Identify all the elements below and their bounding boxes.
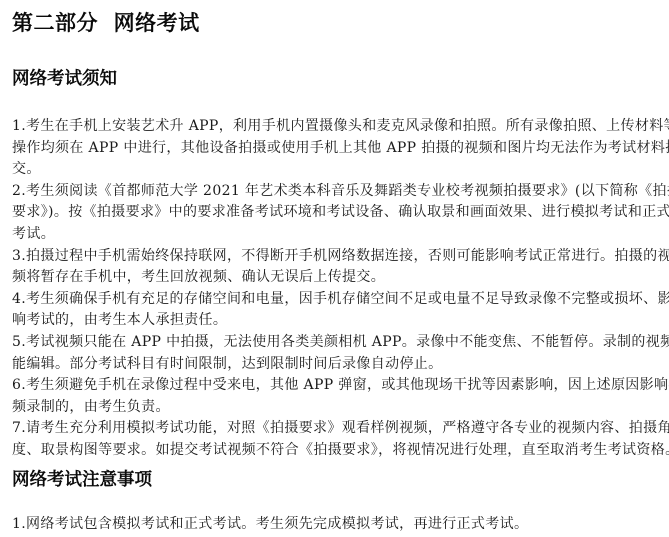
- notice-item-line: 5.考试视频只能在 APP 中拍摄，无法使用各类美颜相机 APP。录像中不能变焦…: [12, 332, 662, 354]
- precaution-item-line: 1.网络考试包含模拟考试和正式考试。考生须先完成模拟考试，再进行正式考试。: [12, 514, 662, 536]
- notice-item-line: 要求》)。按《拍摄要求》中的要求准备考试环境和考试设备、确认取景和画面效果、进行…: [12, 202, 662, 224]
- notice-item-line: 度、取景构图等要求。如提交考试视频不符合《拍摄要求》，将视情况进行处理，直至取消…: [12, 440, 662, 462]
- notice-item-6: 6.考生须避免手机在录像过程中受来电，其他 APP 弹窗，或其他现场干扰等因素影…: [12, 375, 662, 418]
- notice-item-line: 7.请考生充分利用模拟考试功能，对照《拍摄要求》观看样例视频，严格遵守各专业的视…: [12, 418, 662, 440]
- notice-item-4: 4.考生须确保手机有充足的存储空间和电量，因手机存储空间不足或电量不足导致录像不…: [12, 289, 662, 332]
- document-page: 第二部分 网络考试 网络考试须知 1.考生在手机上安装艺术升 APP，利用手机内…: [0, 0, 669, 537]
- notice-item-line: 6.考生须避免手机在录像过程中受来电，其他 APP 弹窗，或其他现场干扰等因素影…: [12, 375, 662, 397]
- notice-item-7: 7.请考生充分利用模拟考试功能，对照《拍摄要求》观看样例视频，严格遵守各专业的视…: [12, 418, 662, 461]
- notice-item-line: 响考试的，由考生本人承担责任。: [12, 310, 662, 332]
- exam-notice-list: 1.考生在手机上安装艺术升 APP，利用手机内置摄像头和麦克风录像和拍照。所有录…: [12, 116, 662, 462]
- notice-item-1: 1.考生在手机上安装艺术升 APP，利用手机内置摄像头和麦克风录像和拍照。所有录…: [12, 116, 662, 181]
- notice-item-line: 4.考生须确保手机有充足的存储空间和电量，因手机存储空间不足或电量不足导致录像不…: [12, 289, 662, 311]
- part-title: 第二部分 网络考试: [12, 8, 200, 38]
- section-heading-exam-precautions: 网络考试注意事项: [12, 467, 152, 493]
- notice-item-line: 频将暂存在手机中，考生回放视频、确认无误后上传提交。: [12, 267, 662, 289]
- notice-item-line: 能编辑。部分考试科目有时间限制，达到限制时间后录像自动停止。: [12, 354, 662, 376]
- notice-item-line: 考试。: [12, 224, 662, 246]
- notice-item-line: 操作均须在 APP 中进行，其他设备拍摄或使用手机上其他 APP 拍摄的视频和图…: [12, 138, 662, 160]
- section-heading-exam-notice: 网络考试须知: [12, 66, 117, 92]
- notice-item-line: 交。: [12, 159, 662, 181]
- notice-item-line: 2.考生须阅读《首都师范大学 2021 年艺术类本科音乐及舞蹈类专业校考视频拍摄…: [12, 181, 662, 203]
- notice-item-5: 5.考试视频只能在 APP 中拍摄，无法使用各类美颜相机 APP。录像中不能变焦…: [12, 332, 662, 375]
- notice-item-line: 3.拍摄过程中手机需始终保持联网，不得断开手机网络数据连接，否则可能影响考试正常…: [12, 246, 662, 268]
- notice-item-line: 频录制的，由考生负责。: [12, 397, 662, 419]
- exam-precautions-list: 1.网络考试包含模拟考试和正式考试。考生须先完成模拟考试，再进行正式考试。: [12, 514, 662, 536]
- notice-item-2: 2.考生须阅读《首都师范大学 2021 年艺术类本科音乐及舞蹈类专业校考视频拍摄…: [12, 181, 662, 246]
- notice-item-line: 1.考生在手机上安装艺术升 APP，利用手机内置摄像头和麦克风录像和拍照。所有录…: [12, 116, 662, 138]
- precaution-item-1: 1.网络考试包含模拟考试和正式考试。考生须先完成模拟考试，再进行正式考试。: [12, 514, 662, 536]
- notice-item-3: 3.拍摄过程中手机需始终保持联网，不得断开手机网络数据连接，否则可能影响考试正常…: [12, 246, 662, 289]
